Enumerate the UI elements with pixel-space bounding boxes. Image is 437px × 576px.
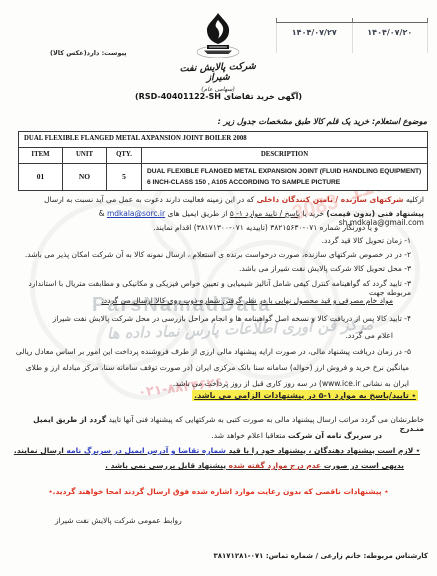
col-header-item: ITEM bbox=[19, 147, 63, 163]
col-header-qty: QTY. bbox=[107, 147, 142, 163]
list-item-text-underlined: مواد خام مصرفی و قید محصول نهایی با در ن… bbox=[101, 296, 393, 305]
date-value: ۱۴۰۴/۰۷/۲۰ bbox=[352, 23, 428, 53]
list-item-text: محل تحویل کالا شرکت پالایش نفت شیراز می … bbox=[239, 264, 402, 273]
list-item-number: ۴- bbox=[404, 314, 411, 323]
cell-qty: 5 bbox=[107, 163, 142, 190]
list-item-number: ۳- bbox=[404, 264, 411, 273]
list-item-text: تایید گردد که گواهینامه کنترل کیفی شامل … bbox=[28, 279, 411, 297]
fax-line: و یا دورنگار شماره ۰۷۱-۳۸۲۱۵۶۳۰ (تاییدیه… bbox=[12, 223, 426, 232]
date-row: ۱۴۰۴/۰۷/۲۷ ۱۴۰۴/۰۷/۲۰ bbox=[276, 22, 428, 53]
tick-mark bbox=[276, 18, 277, 23]
notice-title: (آگهی خرید تقاضای RSD-40401122-SH) bbox=[0, 92, 437, 102]
description-line-1: DUAL FLEXIBLE FLANGED METAL EXPANSION JO… bbox=[147, 166, 422, 177]
requirement-line-1: ٭ لازم است پیشنهاد دهندگان ، پیشنهاد خود… bbox=[12, 446, 426, 455]
requirement-line-2: بدیهی است در صورت عدم درج موارد گفته شده… bbox=[12, 461, 426, 470]
list-item-text: در در خصوص شرکتهای سازنده، صورت درخواست … bbox=[25, 250, 402, 259]
list-item-1: ۱- زمان تحویل کالا قید گردد. bbox=[12, 236, 426, 245]
technical-proposal-bold: پیشنهاد فنی (بدون قیمت) bbox=[326, 209, 424, 218]
requirement-segment: ٭ لازم است پیشنهاد دهندگان ، پیشنهاد خود… bbox=[226, 446, 420, 455]
cell-item: 01 bbox=[19, 163, 63, 190]
table-title-cell: DUAL FLEXIBLE FLANGED METAL AXPANSION JO… bbox=[19, 132, 428, 148]
list-item-text: اعلام می گردد. bbox=[346, 331, 394, 340]
document-content: پیوست: دارد(عکس کالا) ۱۴۰۴/۰۷/۲۷ ۱۴۰۴/۰۷… bbox=[0, 0, 437, 576]
description-line-2: 6 INCH-CLASS 150 , A105 ACCORDING TO SAM… bbox=[147, 177, 422, 188]
items-table: DUAL FLEXIBLE FLANGED METAL AXPANSION JO… bbox=[18, 131, 428, 191]
contact-footer: کارشناس مربوطه: خانم زارعی / شماره تماس:… bbox=[12, 552, 428, 560]
list-item-text: ) در سه روز کاری قبل از روز پرداخت می با… bbox=[173, 379, 322, 388]
list-item-text: میانگین نرخ خرید و فروش ارز (حواله) ساما… bbox=[26, 363, 409, 372]
suppliers-emphasis: شرکتهای سازنده / تامین کنندگان داخلی bbox=[257, 195, 404, 204]
intro-text: خرید یا bbox=[300, 209, 326, 218]
intro-text: از طریق ایمیل های bbox=[165, 209, 230, 218]
ampersand: & bbox=[99, 209, 107, 218]
cell-description: DUAL FLEXIBLE FLANGED METAL EXPANSION JO… bbox=[142, 163, 428, 190]
requirement-text: ٭ لازم است پیشنهاد دهندگان ، پیشنهاد خود… bbox=[14, 446, 420, 455]
date-strip: ۱۴۰۴/۰۷/۲۷ ۱۴۰۴/۰۷/۲۰ bbox=[276, 16, 428, 53]
list-item-text: زمان تحویل کالا قید گردد. bbox=[322, 236, 402, 245]
email-link-sorc[interactable]: mdkala@sorc.ir bbox=[107, 209, 165, 218]
list-item-text: در زمان دریافت پیشنهاد مالی، در صورت ارا… bbox=[16, 347, 402, 356]
list-item-number: ۲- bbox=[404, 250, 411, 259]
list-item-5-line1: ۵- در زمان دریافت پیشنهاد مالی، در صورت … bbox=[12, 347, 426, 356]
date-value: ۱۴۰۴/۰۷/۲۷ bbox=[276, 23, 352, 53]
list-item-2: ۲- در در خصوص شرکتهای سازنده، صورت درخوا… bbox=[12, 250, 426, 259]
tick-mark bbox=[427, 18, 428, 23]
intro-text: ازکلیه bbox=[404, 195, 424, 204]
highlighted-text: ٭ تایید/پاسخ به موارد ۱-۵ در پیشنهادات ا… bbox=[192, 390, 418, 401]
list-item-text: تایید کالا پس از دریافت کالا و نسخه اصل … bbox=[53, 314, 402, 323]
note-text: متعاقبا اعلام خواهد شد. bbox=[211, 431, 288, 440]
note-text: خاطرنشان می گردد مراتب ارسال پیشنهاد مال… bbox=[106, 415, 424, 424]
requirement-segment: پیشنهاد قابل بررسی نمی باشد . bbox=[105, 461, 228, 470]
requirement-text: بدیهی است در صورت عدم درج موارد گفته شده… bbox=[105, 461, 404, 470]
list-item-3b-line1: ۳- تایید گردد که گواهینامه کنترل کیفی شا… bbox=[12, 279, 426, 298]
tick-mark bbox=[352, 18, 353, 23]
list-item-number: ۵- bbox=[404, 347, 411, 356]
ice-url: www.ice.ir bbox=[322, 379, 360, 388]
list-item-4-line1: ۴- تایید کالا پس از دریافت کالا و نسخه ا… bbox=[12, 314, 426, 323]
flame-icon bbox=[195, 12, 241, 58]
subject-line: موضوع استعلام: خرید یک قلم کالا طبق مشخص… bbox=[218, 117, 427, 127]
company-logo: شرکت پالایش نفت شیراز (سهامی عام) bbox=[168, 12, 268, 93]
mandatory-confirmation-line: ٭ تایید/پاسخ به موارد ۱-۵ در پیشنهادات ا… bbox=[12, 391, 426, 401]
requirement-red-segment: عدم درج موارد گفته شده bbox=[229, 461, 322, 470]
col-header-unit: UNIT bbox=[63, 147, 107, 163]
intro-text: که در این زمینه فعالیت دارند دعوت به عمل… bbox=[44, 195, 256, 204]
attachment-note: پیوست: دارد(عکس کالا) bbox=[50, 50, 127, 58]
intro-line-1: ازکلیه شرکتهای سازنده / تامین کنندگان دا… bbox=[12, 195, 426, 204]
list-item-5-line3: ایران به نشانی www.ice.ir) در سه روز کار… bbox=[12, 379, 426, 388]
warning-line: ٭ پیشنهادات ناقصی که بدون رعایت موارد اش… bbox=[0, 487, 437, 496]
table-row: 01 NO 5 DUAL FLEXIBLE FLANGED METAL EXPA… bbox=[19, 163, 428, 190]
list-item-3b-line2: مواد خام مصرفی و قید محصول نهایی با در ن… bbox=[12, 296, 426, 305]
requirement-segment: ارسال نمایند. bbox=[14, 446, 67, 455]
note-line-2: در سربرگ نامه آن شرکت متعاقبا اعلام خواه… bbox=[12, 431, 426, 440]
requirement-segment: بدیهی است در صورت bbox=[321, 461, 404, 470]
note-bold: در سربرگ نامه آن شرکت bbox=[288, 431, 382, 440]
list-item-text: ایران به نشانی bbox=[360, 379, 409, 388]
company-name: شرکت پالایش نفت شیراز bbox=[168, 61, 269, 85]
confirm-items-underline: پاسخ / تایید موارد ۱- ۵ bbox=[230, 209, 300, 218]
list-item-number: ۳- bbox=[404, 279, 411, 288]
list-item-number: ۱- bbox=[404, 236, 411, 245]
list-item-5-line2: میانگین نرخ خرید و فروش ارز (حواله) ساما… bbox=[12, 363, 426, 372]
public-relations-signature: روابط عمومی شرکت پالایش نفت شیراز bbox=[55, 516, 182, 525]
requirement-blue-segment: شماره تقاضا و آدرس ایمیل در سربرگ نامه bbox=[66, 446, 225, 455]
cell-unit: NO bbox=[63, 163, 107, 190]
document-page: ParsNamadData مرکز فن آوری اطلاعات پارس … bbox=[0, 0, 437, 576]
col-header-description: DESCRIPTION bbox=[142, 147, 428, 163]
list-item-4-line2: اعلام می گردد. bbox=[12, 331, 426, 340]
list-item-3: ۳- محل تحویل کالا شرکت پالایش نفت شیراز … bbox=[12, 264, 426, 273]
